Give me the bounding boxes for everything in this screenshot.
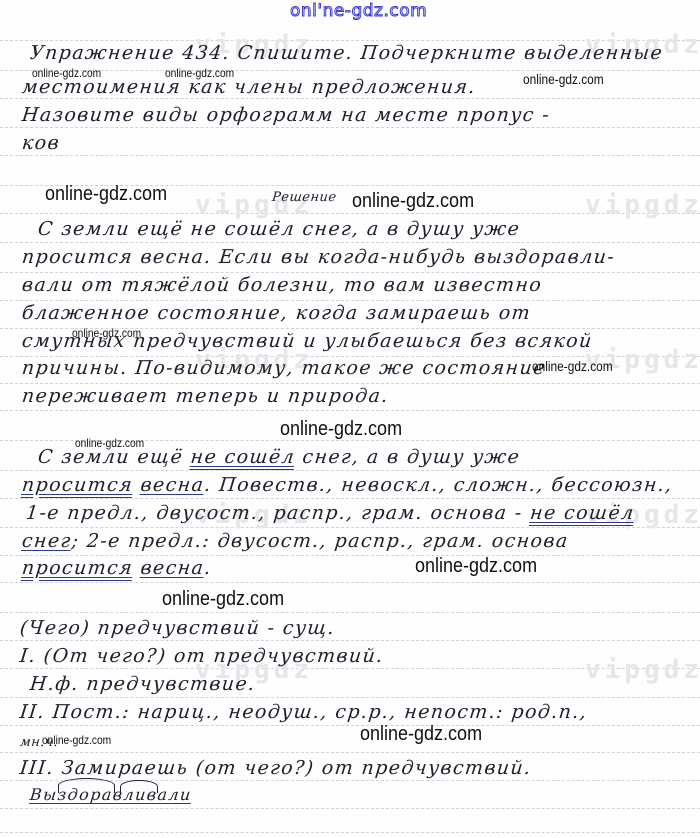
ghost-watermark: vipgdz [585,190,700,220]
ruling-line [0,832,700,833]
solution-line: просится весна. Если вы когда-нибудь выз… [21,246,616,268]
ruling-line [0,752,700,753]
morph-line: Н.ф. предчувствие. [29,673,257,695]
predicate: не сошёл [529,502,636,524]
watermark: online-gdz.com [162,588,284,611]
predicate: не сошёл [190,446,297,468]
morph-line: III. Замираешь (от чего?) от предчувстви… [19,757,533,779]
watermark: online-gdz.com [45,183,167,206]
ruling-line [0,155,700,156]
morph-line: (Чего) предчувствий - сущ. [19,617,337,639]
site-banner-watermark: onl'ne-gdz.com [290,1,427,21]
ruling-line [0,808,700,809]
morph-line: I. (От чего?) от предчувствий. [19,645,385,667]
ruling-line [0,98,700,99]
ruling-line [0,582,700,583]
ruling-line [0,612,700,613]
watermark: online-gdz.com [415,555,537,578]
ruling-line [0,272,700,273]
analysis-line: снег; 2-е предл.: двусост., распр., грам… [21,530,570,552]
solution-line: причины. По-видимому, такое же состояние [21,357,547,379]
ruling-line [0,697,700,698]
analysis-line: 1-е предл., двусост., распр., грам. осно… [25,502,636,524]
predicate: просится [21,474,134,496]
watermark: online-gdz.com [75,436,144,450]
analysis-text: ; 2-е предл.: двусост., распр., грам. ос… [70,530,569,552]
analysis-text: 1-е предл., двусост., распр., грам. осно… [25,502,531,524]
ruling-line [0,242,700,243]
watermark: online-gdz.com [523,71,604,87]
watermark: online-gdz.com [360,723,482,746]
watermark: online-gdz.com [532,358,613,374]
analysis-line: просится весна. Повеств., невоскл., слож… [21,474,674,496]
suffix-arc-mark [120,780,158,793]
ruling-line [0,640,700,641]
analysis-line: просится весна. [21,557,213,579]
watermark: online-gdz.com [165,66,234,80]
ruling-line [0,410,700,411]
ruling-line [0,127,700,128]
solution-line: вали от тяжёлой болезни, то вам известно [21,274,544,296]
watermark: online-gdz.com [352,190,474,213]
task-line: Упражнение 434. Спишите. Подчеркните выд… [29,42,664,64]
watermark: online-gdz.com [72,326,141,340]
ruling-line [0,555,700,556]
predicate: просится [21,557,134,579]
subject: снег [21,530,73,552]
analysis-text: . [203,557,213,579]
subject: весна [139,474,205,496]
ruling-line [0,300,700,301]
solution-line: переживает теперь и природа. [21,385,390,407]
ruling-line [0,498,700,499]
watermark: online-gdz.com [32,66,101,80]
watermark: online-gdz.com [42,733,111,747]
analysis-text: снег, а в душу уже [294,446,521,468]
analysis-text: . Повеств., невоскл., сложн., бессоюзн., [203,474,674,496]
solution-heading: Решение [271,190,337,205]
ruling-line [0,383,700,384]
solution-line: блаженное состояние, когда замираешь от [21,302,532,324]
morph-line: II. Пост.: нариц., неодуш., ср.р., непос… [19,701,589,723]
root-arc-mark [58,778,115,793]
solution-line: С земли ещё не сошёл снег, а в душу уже [37,218,522,240]
ruling-line [0,470,700,471]
ghost-watermark: vipgdz [585,655,700,685]
task-line: Назовите виды орфограмм на месте пропус … [21,104,551,126]
watermark: online-gdz.com [280,418,402,441]
subject: весна [139,557,205,579]
task-line: ков [21,132,61,154]
notebook-page: vipgdz vipgdz vipgdz vipgdz vipgdz vipgd… [0,0,700,838]
ruling-line [0,725,700,726]
